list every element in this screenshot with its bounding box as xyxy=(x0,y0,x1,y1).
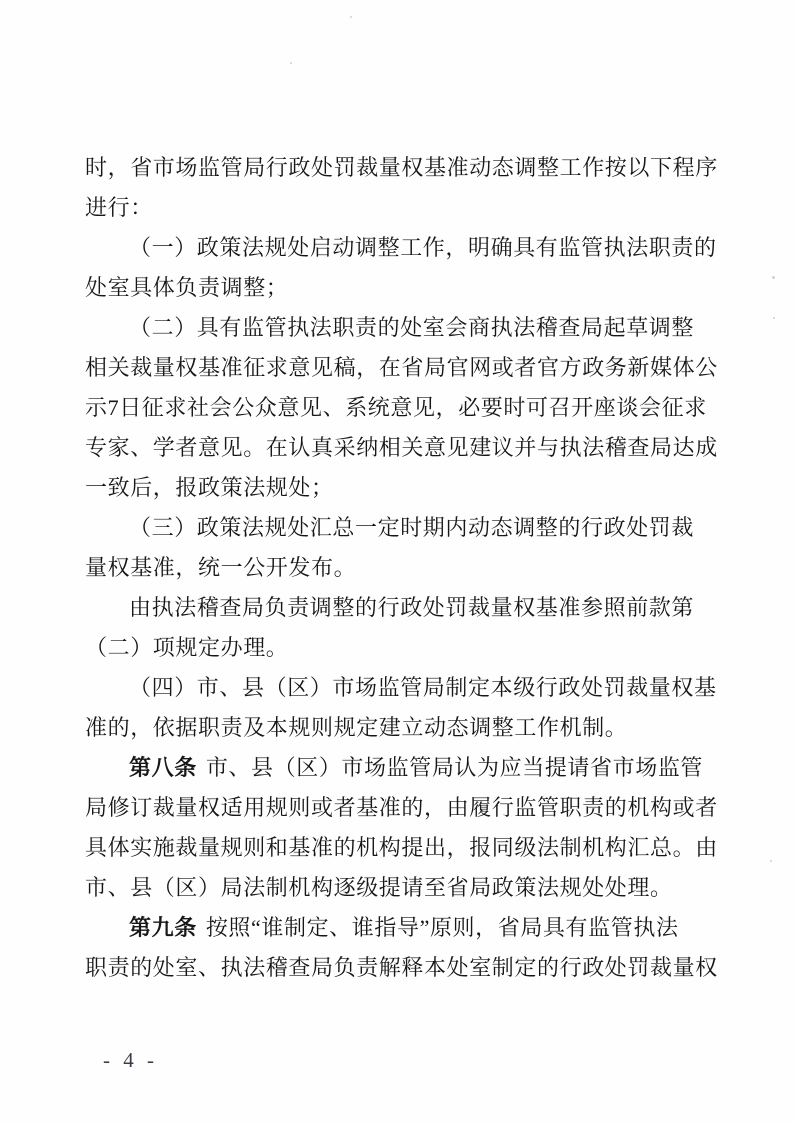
text-line: 相关裁量权基准征求意见稿，在省局官网或者官方政务新媒体公 xyxy=(85,348,721,388)
text-segment: 示7日征求社会公众意见、系统意见，必要时可召开座谈会征求 xyxy=(85,395,707,420)
text-segment: 按照“谁制定、谁指导”原则，省局具有监管执法 xyxy=(206,915,679,940)
text-line: （三）政策法规处汇总一定时期内动态调整的行政处罚裁 xyxy=(85,508,721,548)
text-line: 一致后，报政策法规处； xyxy=(85,468,721,508)
page-number: - 4 - xyxy=(103,1048,158,1072)
text-segment: 量权基准，统一公开发布。 xyxy=(85,555,356,580)
text-line: 进行： xyxy=(85,188,721,228)
text-line: 具体实施裁量规则和基准的机构提出，报同级法制机构汇总。由 xyxy=(85,828,721,868)
text-segment: 准的，依据职责及本规则规定建立动态调整工作机制。 xyxy=(85,715,627,740)
text-segment: （二）具有监管执法职责的处室会商执法稽查局起草调整 xyxy=(129,315,694,340)
scan-speck xyxy=(350,16,352,18)
text-segment: 局修订裁量权适用规则或者基准的，由履行监管职责的机构或者 xyxy=(85,795,718,820)
article-number-label: 第八条 xyxy=(129,755,197,780)
text-line: 市、县（区）局法制机构逐级提请至省局政策法规处处理。 xyxy=(85,868,721,908)
scan-speck xyxy=(773,317,775,319)
text-segment: 时，省市场监管局行政处罚裁量权基准动态调整工作按以下程序 xyxy=(85,155,718,180)
text-line: 第九条按照“谁制定、谁指导”原则，省局具有监管执法 xyxy=(85,908,721,948)
text-segment: （三）政策法规处汇总一定时期内动态调整的行政处罚裁 xyxy=(129,515,694,540)
text-line: 职责的处室、执法稽查局负责解释本处室制定的行政处罚裁量权 xyxy=(85,948,721,988)
text-segment: 处室具体负责调整； xyxy=(85,275,288,300)
text-segment: 相关裁量权基准征求意见稿，在省局官网或者官方政务新媒体公 xyxy=(85,355,718,380)
text-line: 示7日征求社会公众意见、系统意见，必要时可召开座谈会征求 xyxy=(85,388,721,428)
scan-speck xyxy=(290,62,292,64)
text-line: 专家、学者意见。在认真采纳相关意见建议并与执法稽查局达成 xyxy=(85,428,721,468)
text-line: 处室具体负责调整； xyxy=(85,268,721,308)
text-segment: 职责的处室、执法稽查局负责解释本处室制定的行政处罚裁量权 xyxy=(85,955,718,980)
text-line: 由执法稽查局负责调整的行政处罚裁量权基准参照前款第 xyxy=(85,588,721,628)
scan-speck xyxy=(772,276,775,279)
text-line: （一）政策法规处启动调整工作，明确具有监管执法职责的 xyxy=(85,228,721,268)
text-segment: 专家、学者意见。在认真采纳相关意见建议并与执法稽查局达成 xyxy=(85,435,718,460)
text-segment: 市、县（区）局法制机构逐级提请至省局政策法规处处理。 xyxy=(85,875,673,900)
text-line: 时，省市场监管局行政处罚裁量权基准动态调整工作按以下程序 xyxy=(85,148,721,188)
text-segment: 一致后，报政策法规处； xyxy=(85,475,334,500)
text-segment: 市、县（区）市场监管局认为应当提请省市场监管 xyxy=(206,755,703,780)
text-line: 准的，依据职责及本规则规定建立动态调整工作机制。 xyxy=(85,708,721,748)
document-body: 时，省市场监管局行政处罚裁量权基准动态调整工作按以下程序进行：（一）政策法规处启… xyxy=(85,148,721,988)
text-segment: （一）政策法规处启动调整工作，明确具有监管执法职责的 xyxy=(129,235,717,260)
text-line: （四）市、县（区）市场监管局制定本级行政处罚裁量权基 xyxy=(85,668,721,708)
text-line: 量权基准，统一公开发布。 xyxy=(85,548,721,588)
text-segment: （四）市、县（区）市场监管局制定本级行政处罚裁量权基 xyxy=(129,675,717,700)
text-line: （二）具有监管执法职责的处室会商执法稽查局起草调整 xyxy=(85,308,721,348)
text-line: 局修订裁量权适用规则或者基准的，由履行监管职责的机构或者 xyxy=(85,788,721,828)
text-line: 第八条市、县（区）市场监管局认为应当提请省市场监管 xyxy=(85,748,721,788)
article-number-label: 第九条 xyxy=(129,915,197,940)
scan-speck xyxy=(770,860,772,862)
text-segment: 具体实施裁量规则和基准的机构提出，报同级法制机构汇总。由 xyxy=(85,835,718,860)
text-line: （二）项规定办理。 xyxy=(85,628,721,668)
document-page: 时，省市场监管局行政处罚裁量权基准动态调整工作按以下程序进行：（一）政策法规处启… xyxy=(0,0,794,1123)
text-segment: 由执法稽查局负责调整的行政处罚裁量权基准参照前款第 xyxy=(129,595,694,620)
text-segment: 进行： xyxy=(85,195,153,220)
text-segment: （二）项规定办理。 xyxy=(85,635,288,660)
